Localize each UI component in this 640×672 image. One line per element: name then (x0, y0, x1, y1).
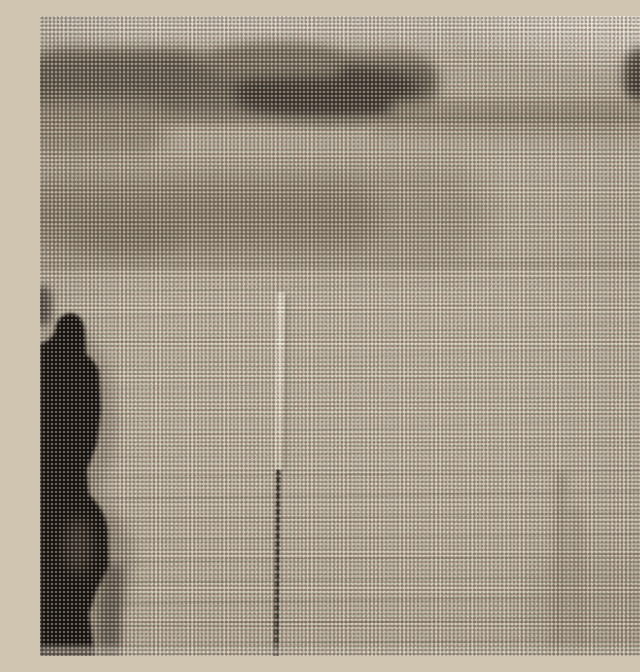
halftone-highlight-layer (40, 16, 640, 656)
halftone-photo: Grainy sepia halftone photo of calm wate… (40, 16, 640, 656)
